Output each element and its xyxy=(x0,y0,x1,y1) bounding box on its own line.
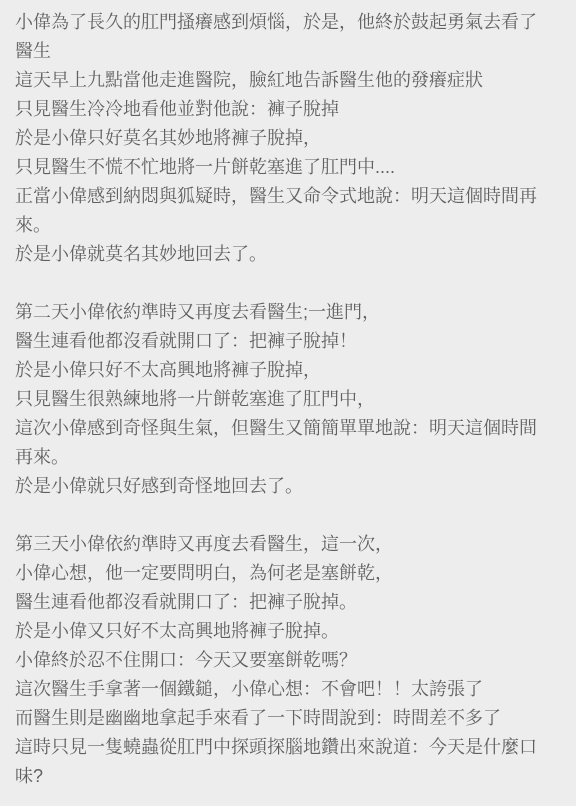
story-paragraph: 第三天小偉依約準時又再度去看醫生，這一次，小偉心想，他一定要問明白，為何老是塞餅… xyxy=(15,530,562,791)
story-line: 只見醫生不慌不忙地將一片餅乾塞進了肛門中.... xyxy=(15,153,562,182)
story-line: 這天早上九點當他走進醫院，臉紅地告訴醫生他的發癢症狀 xyxy=(15,66,562,95)
story-line: 於是小偉就莫名其妙地回去了。 xyxy=(15,240,562,269)
story-line: 於是小偉又只好不太高興地將褲子脫掉。 xyxy=(15,617,562,646)
story-line: 而醫生則是幽幽地拿起手來看了一下時間說到：時間差不多了 xyxy=(15,704,562,733)
story-line: 正當小偉感到納悶與狐疑時，醫生又命令式地說：明天這個時間再 xyxy=(15,182,562,211)
story-line: 只見醫生很熟練地將一片餅乾塞進了肛門中， xyxy=(15,385,562,414)
story-line: 這次小偉感到奇怪與生氣，但醫生又簡簡單單地說：明天這個時間 xyxy=(15,414,562,443)
story-line: 味? xyxy=(15,762,562,791)
story-text: 小偉為了長久的肛門搔癢感到煩惱，於是，他終於鼓起勇氣去看了醫生這天早上九點當他走… xyxy=(0,0,576,791)
story-paragraph: 第二天小偉依約準時又再度去看醫生;一進門，醫生連看他都沒看就開口了：把褲子脫掉！… xyxy=(15,298,562,501)
story-line: 再來。 xyxy=(15,443,562,472)
story-line: 小偉終於忍不住開口：今天又要塞餅乾嗎？ xyxy=(15,646,562,675)
story-line: 這次醫生手拿著一個鐵鎚，小偉心想：不會吧！！太誇張了 xyxy=(15,675,562,704)
story-line: 於是小偉只好不太高興地將褲子脫掉， xyxy=(15,356,562,385)
story-line: 醫生 xyxy=(15,37,562,66)
story-line: 於是小偉就只好感到奇怪地回去了。 xyxy=(15,472,562,501)
story-line: 來。 xyxy=(15,211,562,240)
story-paragraph: 小偉為了長久的肛門搔癢感到煩惱，於是，他終於鼓起勇氣去看了醫生這天早上九點當他走… xyxy=(15,8,562,269)
story-line: 第三天小偉依約準時又再度去看醫生，這一次， xyxy=(15,530,562,559)
story-line: 只見醫生冷冷地看他並對他說：褲子脫掉 xyxy=(15,95,562,124)
story-line: 醫生連看他都沒看就開口了：把褲子脫掉。 xyxy=(15,588,562,617)
story-line: 小偉心想，他一定要問明白，為何老是塞餅乾， xyxy=(15,559,562,588)
story-line: 這時只見一隻蟯蟲從肛門中探頭探腦地鑽出來說道：今天是什麼口 xyxy=(15,733,562,762)
story-line: 小偉為了長久的肛門搔癢感到煩惱，於是，他終於鼓起勇氣去看了 xyxy=(15,8,562,37)
story-line: 醫生連看他都沒看就開口了：把褲子脫掉！ xyxy=(15,327,562,356)
story-line: 於是小偉只好莫名其妙地將褲子脫掉， xyxy=(15,124,562,153)
story-line: 第二天小偉依約準時又再度去看醫生;一進門， xyxy=(15,298,562,327)
